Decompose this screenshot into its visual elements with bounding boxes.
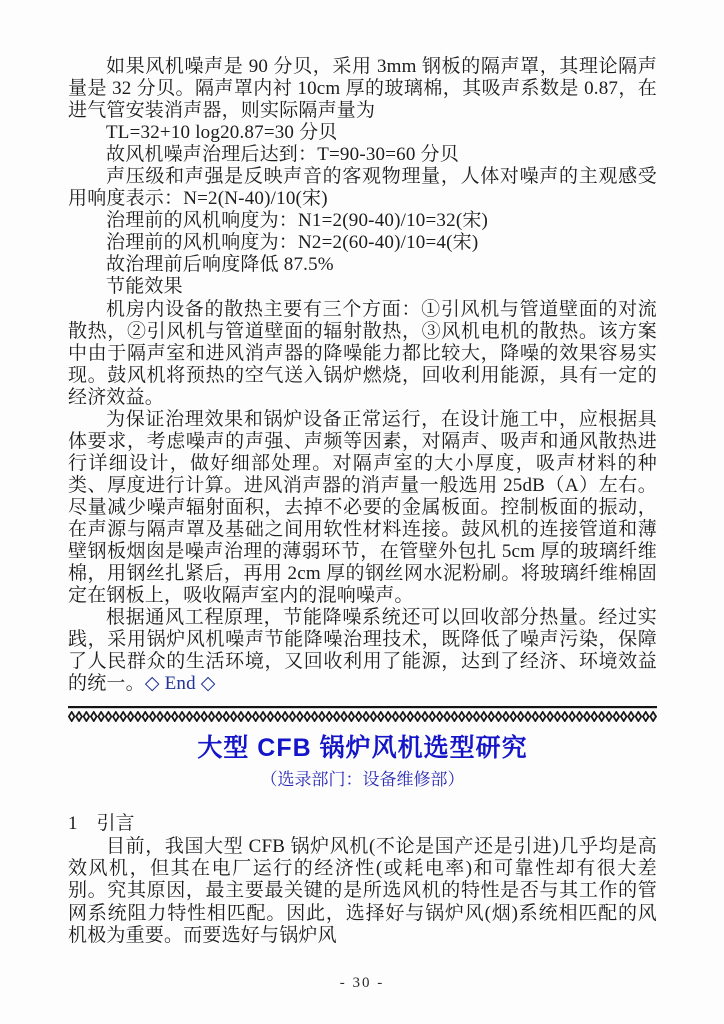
article-cfb-fan-selection: 大型 CFB 锅炉风机选型研究 （选录部门：设备维修部） 1 引言 目前，我国大… <box>68 733 657 946</box>
paragraph: 故治理前后响度降低 87.5% <box>68 254 657 276</box>
article-title: 大型 CFB 锅炉风机选型研究 <box>68 733 657 763</box>
article-end-marker: ◇ End ◇ <box>145 673 216 694</box>
paragraph: 如果风机噪声是 90 分贝，采用 3mm 钢板的隔声罩，其理论隔声量是 32 分… <box>68 56 657 122</box>
formula-line: 治理前的风机响度为：N2=2(60-40)/10=4(宋) <box>68 232 657 254</box>
paragraph: 根据通风工程原理，节能降噪系统还可以回收部分热量。经过实践，采用锅炉风机噪声节能… <box>68 607 657 695</box>
paragraph: 声压级和声强是反映声音的客观物理量，人体对噪声的主观感受用响度表示：N=2(N-… <box>68 166 657 210</box>
formula-line: 治理前的风机响度为：N1=2(90-40)/10=32(宋) <box>68 210 657 232</box>
formula-line: 故风机噪声治理后达到：T=90-30=60 分贝 <box>68 144 657 166</box>
document-page: 如果风机噪声是 90 分贝，采用 3mm 钢板的隔声罩，其理论隔声量是 32 分… <box>0 0 724 1024</box>
page-content: 如果风机噪声是 90 分贝，采用 3mm 钢板的隔声罩，其理论隔声量是 32 分… <box>68 56 657 947</box>
section-divider-zigzag <box>68 706 657 722</box>
article-subtitle: （选录部门：设备维修部） <box>68 769 657 790</box>
sub-heading-energy-saving: 节能效果 <box>68 276 657 298</box>
section-heading-introduction: 1 引言 <box>68 813 657 835</box>
zigzag-divider-graphic <box>68 706 657 722</box>
article-noise-treatment: 如果风机噪声是 90 分贝，采用 3mm 钢板的隔声罩，其理论隔声量是 32 分… <box>68 56 657 695</box>
paragraph: 目前，我国大型 CFB 锅炉风机(不论是国产还是引进)几乎均是高效风机，但其在电… <box>68 836 657 946</box>
paragraph: 机房内设备的散热主要有三个方面：①引风机与管道壁面的对流散热，②引风机与管道壁面… <box>68 299 657 409</box>
page-number: - 30 - <box>0 975 724 992</box>
formula-line: TL=32+10 log20.87=30 分贝 <box>68 122 657 144</box>
paragraph: 为保证治理效果和锅炉设备正常运行，在设计施工中，应根据具体要求，考虑噪声的声强、… <box>68 409 657 607</box>
